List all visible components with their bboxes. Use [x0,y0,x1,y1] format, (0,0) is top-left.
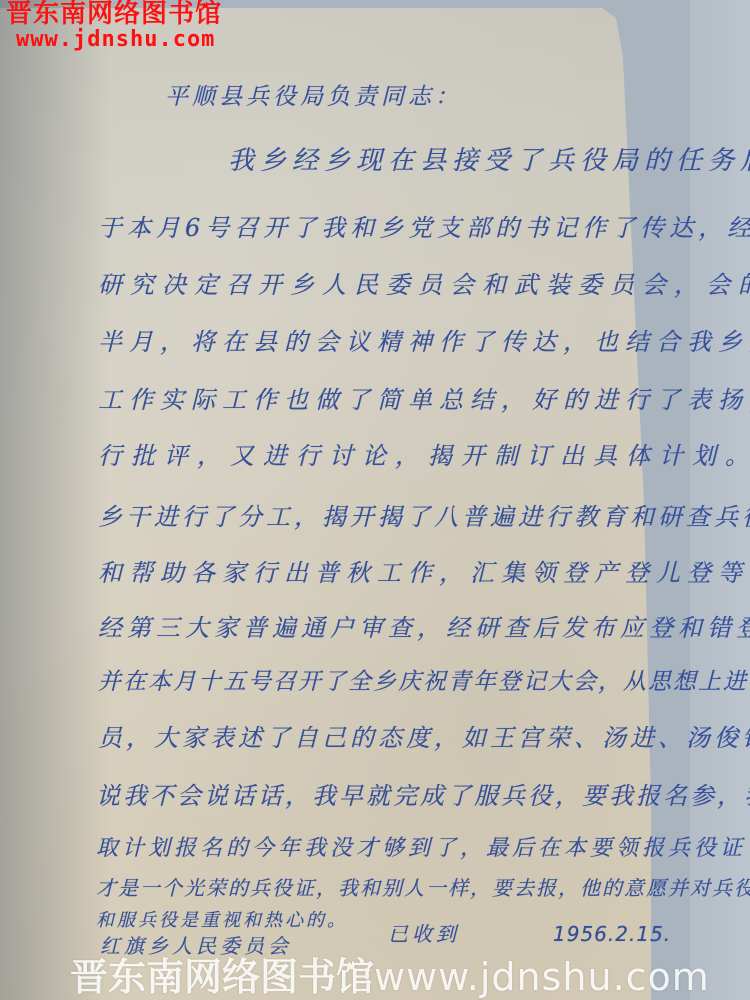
letter-date: 1956.2.15. [553,922,671,946]
letter-line: 才是一个光荣的兵役证，我和别人一样，要去报，他的意愿并对兵役 [96,872,750,901]
watermark-bottom-url: www.jdnshu.com [374,955,710,999]
letter-line: 行批评，又进行讨论，揭开制订出具体计划。 [98,436,750,471]
watermark-bottom: 晋东南网络图书馆www.jdnshu.com [70,954,750,1000]
letter-greeting: 平顺县兵役局负责同志： [165,78,462,111]
letter-line: 经第三大家普遍通户审查，经研查后发布应登和错登的。 [98,608,750,643]
letter-line: 并在本月十五号召开了全乡庆祝青年登记大会，从思想上进行了动 [98,663,750,696]
letter-line: 取计划报名的今年我没才够到了，最后在本要领报兵役证 [96,831,746,862]
watermark-top-url: www.jdnshu.com [16,28,266,52]
letter-received-note: 已收到 [388,918,460,947]
letter-line: 研究决定召开乡人民委员会和武装委员会，会的时间 [98,265,750,300]
watermark-top: 晋东南网络图书馆 www.jdnshu.com [6,0,266,52]
letter-line: 和服兵役是重视和热心的。 [96,906,348,932]
watermark-bottom-name: 晋东南网络图书馆 [70,955,374,999]
watermark-top-name: 晋东南网络图书馆 [6,0,266,28]
letter-line: 和帮助各家行出普秋工作，汇集领登产登儿登等工。 [98,553,750,588]
letter-line: 乡干进行了分工，揭开揭了八普遍进行教育和研查兵役登记 [98,497,750,532]
letter-line: 说我不会说话话，我早就完成了服兵役，要我报名参，我一定争 [96,776,750,811]
letter-line: 半月，将在县的会议精神作了传达，也结合我乡兵役登记 [98,322,750,357]
letter-line: 工作实际工作也做了简单总结，好的进行了表扬，差的进 [98,380,750,415]
letter-line: 于本月6号召开了我和乡党支部的书记作了传达，经乡干部共同 [98,208,750,243]
letter-line: 员，大家表述了自己的态度，如王宫荣、汤进、汤俊钦等的 [98,718,750,753]
letter-opening: 我乡经乡现在县接受了兵役局的任务后， [228,140,750,177]
handwritten-letter: 平顺县兵役局负责同志： 我乡经乡现在县接受了兵役局的任务后， 于本月6号召开了我… [0,0,750,1000]
